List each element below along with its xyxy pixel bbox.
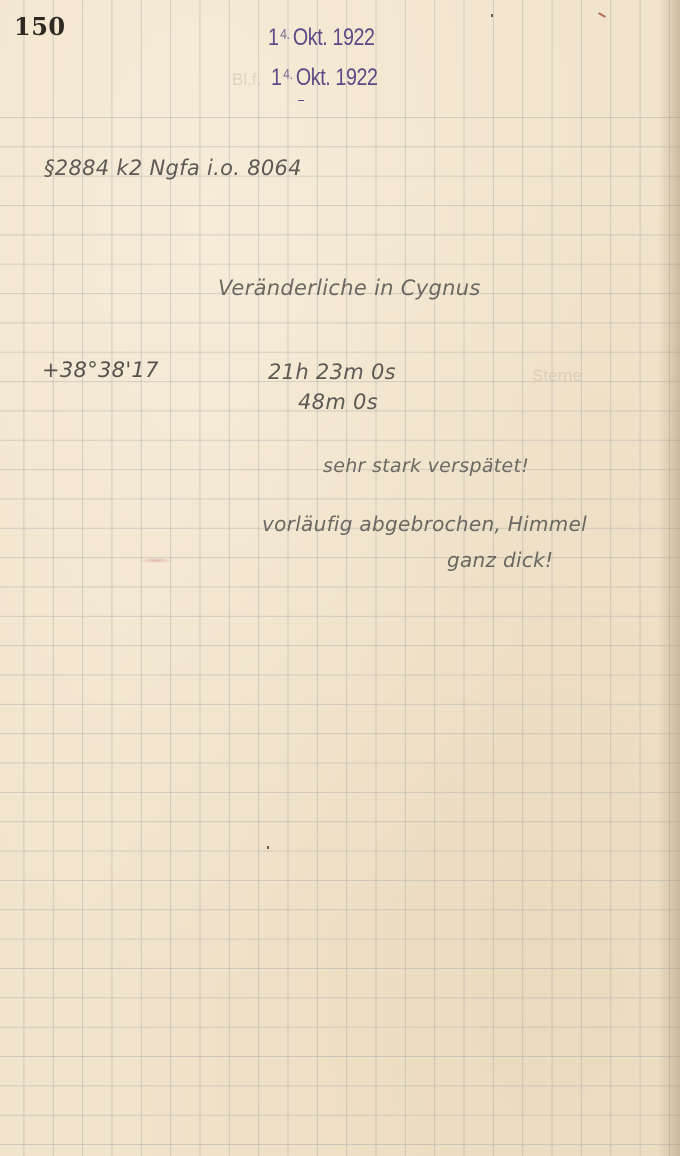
red-ink-smudge (138, 558, 174, 563)
date-stamp: 14.Okt. 1922 (268, 24, 375, 52)
stamp-month: Okt. (293, 24, 327, 51)
paper-speck (491, 14, 493, 17)
stamp-year: 1922 (332, 24, 374, 51)
stamp-year: 1922 (335, 64, 377, 91)
stamp-day-suffix: 4. (283, 66, 292, 83)
grid-horizontal-lines (0, 117, 680, 1156)
notebook-page: 150 Bl.f. 14.Okt. 1922 14.Okt. 1922 §288… (0, 0, 680, 1156)
observation-note: sehr stark verspätet! (323, 455, 529, 477)
page-edge-shadow (658, 0, 680, 1156)
stamp-day: 1 (271, 64, 282, 91)
observation-note: ganz dick! (447, 548, 553, 572)
ghost-bleed-through: Bl.f. (232, 70, 261, 90)
right-ascension-end: 48m 0s (298, 390, 378, 414)
stamp-month: Okt. (296, 64, 330, 91)
stamp-day: 1 (268, 24, 279, 51)
stamp-dash-mark (298, 100, 304, 101)
declination: +38°38'17 (42, 358, 159, 382)
catalog-reference: §2884 k2 Ngfa i.o. 8064 (44, 156, 302, 180)
paper-speck (267, 846, 269, 849)
entry-title: Veränderliche in Cygnus (218, 276, 481, 300)
observation-note: vorläufig abgebrochen, Himmel (262, 512, 587, 536)
right-ascension-start: 21h 23m 0s (268, 360, 396, 384)
date-stamp: 14.Okt. 1922 (271, 64, 378, 92)
stamp-day-suffix: 4. (280, 26, 289, 43)
ghost-bleed-through: Sterne (532, 366, 582, 386)
page-number: 150 (14, 12, 66, 41)
